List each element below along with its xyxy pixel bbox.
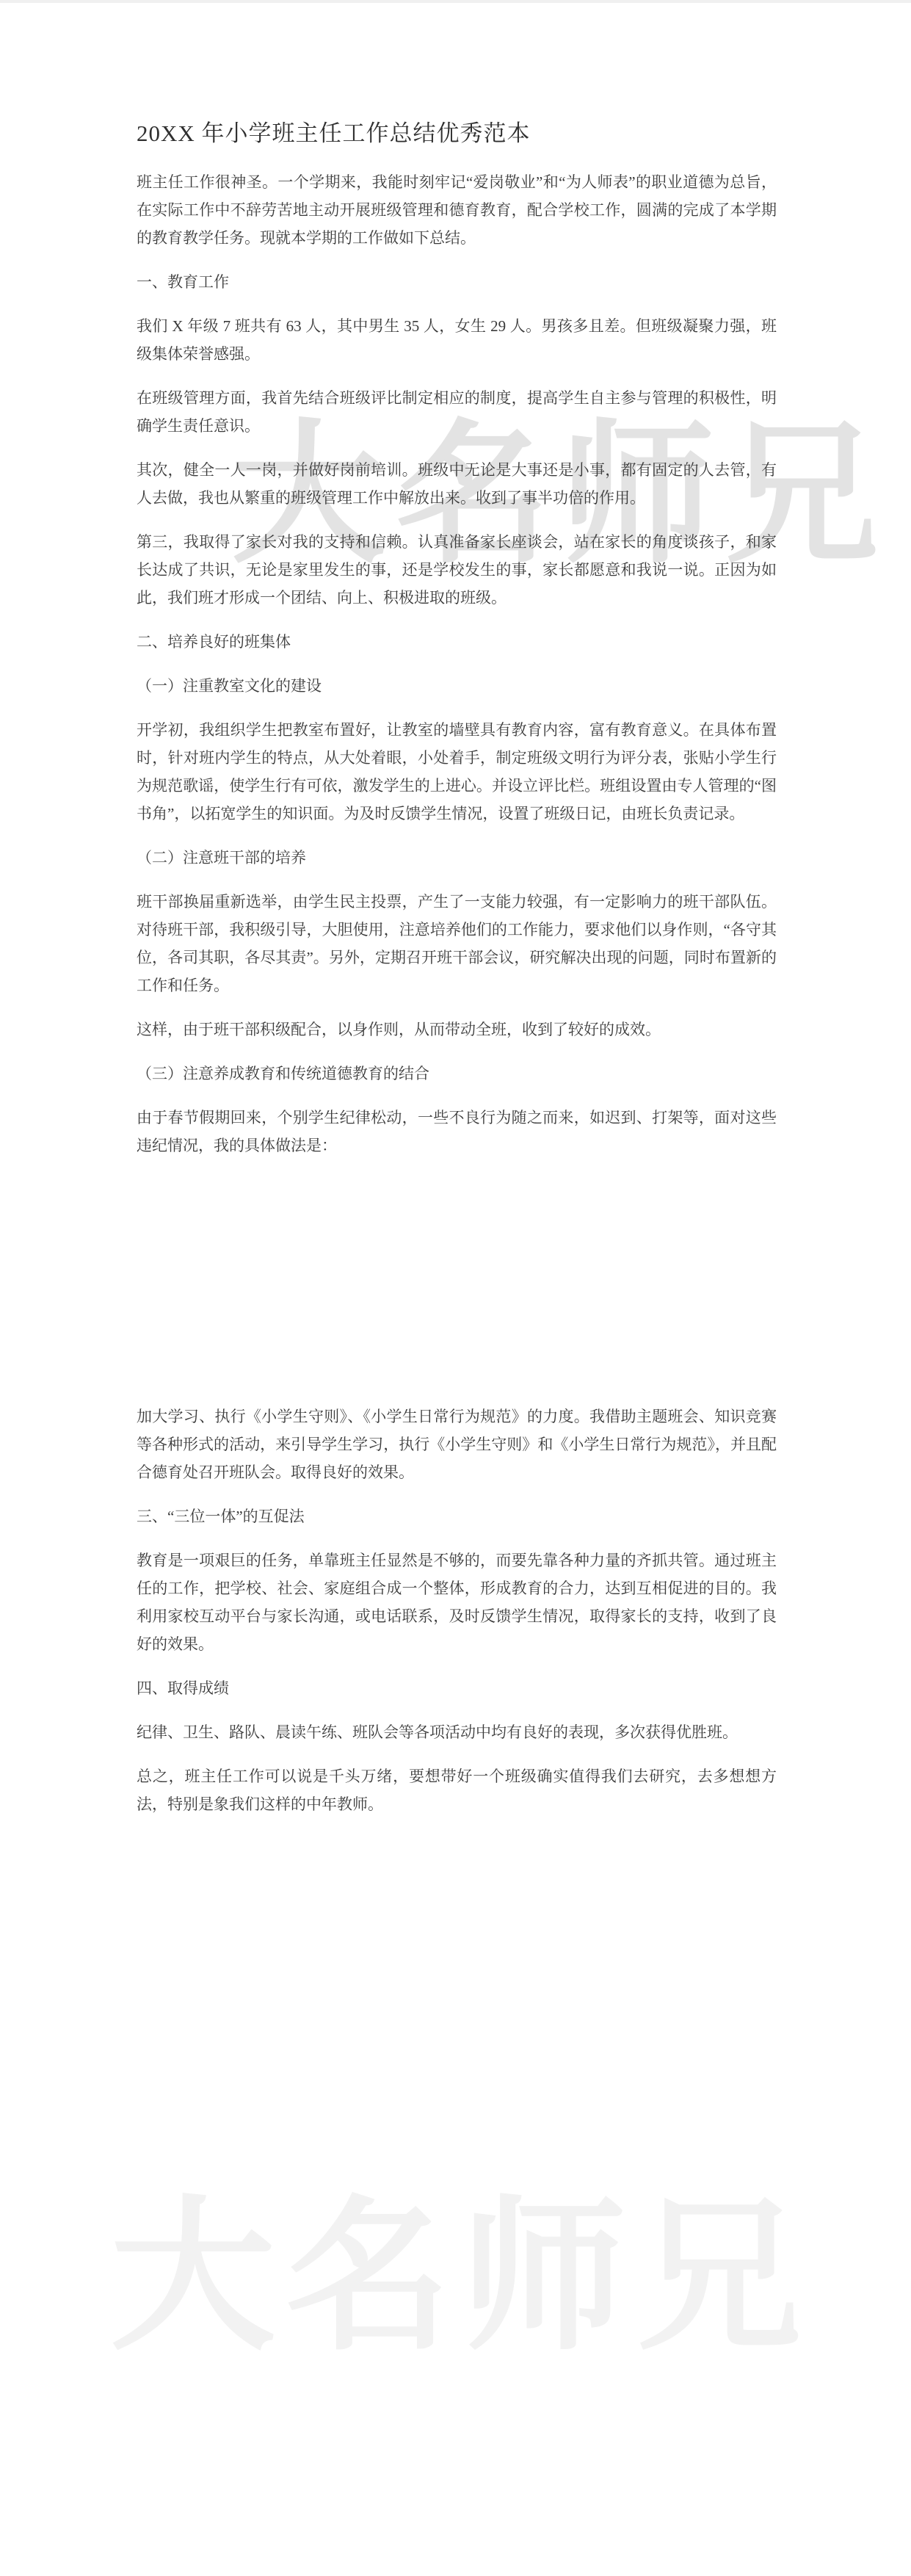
paragraph-class-management: 在班级管理方面，我首先结合班级评比制定相应的制度，提高学生自主参与管理的积极性，…	[137, 384, 777, 440]
paragraph-cadre-selection: 班干部换届重新选举，由学生民主投票，产生了一支能力较强，有一定影响力的班干部队伍…	[137, 888, 777, 999]
paragraph-trinity-method: 教育是一项艰巨的任务，单靠班主任显然是不够的，而要先靠各种力量的齐抓共管。通过班…	[137, 1546, 777, 1658]
paragraph-opening: 班主任工作很神圣。一个学期来，我能时刻牢记“爱岗敬业”和“为人师表”的职业道德为…	[137, 168, 777, 252]
subheading-cadre-training: （二）注意班干部的培养	[137, 844, 777, 872]
subheading-classroom-culture: （一）注重教室文化的建设	[137, 672, 777, 700]
paragraph-classroom-culture: 开学初，我组织学生把教室布置好，让教室的墙壁具有教育内容，富有教育意义。在具体布…	[137, 716, 777, 828]
document-page: 大名师兄 大名师兄 20XX 年小学班主任工作总结优秀范本 班主任工作很神圣。一…	[0, 0, 911, 2576]
document-title: 20XX 年小学班主任工作总结优秀范本	[137, 119, 777, 148]
paragraph-achievements: 纪律、卫生、路队、晨读午练、班队会等各项活动中均有良好的表现，多次获得优胜班。	[137, 1718, 777, 1746]
paragraph-cadre-results: 这样，由于班干部积级配合，以身作则，从而带动全班，收到了较好的成效。	[137, 1016, 777, 1043]
heading-achievements: 四、取得成绩	[137, 1674, 777, 1702]
paragraph-discipline-issues: 由于春节假期回来，个别学生纪律松动，一些不良行为随之而来，如迟到、打架等，面对这…	[137, 1104, 777, 1159]
paragraph-class-overview: 我们 X 年级 7 班共有 63 人，其中男生 35 人，女生 29 人。男孩多…	[137, 312, 777, 368]
blank-gap	[137, 1176, 777, 1403]
paragraph-conclusion: 总之，班主任工作可以说是千头万绪，要想带好一个班级确实值得我们去研究，去多想想方…	[137, 1762, 777, 1818]
paragraph-rules-learning: 加大学习、执行《小学生守则》、《小学生日常行为规范》的力度。我借助主题班会、知识…	[137, 1403, 777, 1486]
watermark-bottom: 大名师兄	[110, 2195, 812, 2360]
paragraph-parents-support: 第三，我取得了家长对我的支持和信赖。认真准备家长座谈会，站在家长的角度谈孩子，和…	[137, 528, 777, 612]
paragraph-one-person-one-post: 其次，健全一人一岗，并做好岗前培训。班级中无论是大事还是小事，都有固定的人去管，…	[137, 456, 777, 512]
heading-class-collective: 二、培养良好的班集体	[137, 628, 777, 656]
heading-trinity-method: 三、“三位一体”的互促法	[137, 1502, 777, 1530]
subheading-moral-education: （三）注意养成教育和传统道德教育的结合	[137, 1060, 777, 1088]
heading-education-work: 一、教育工作	[137, 268, 777, 296]
document-content: 20XX 年小学班主任工作总结优秀范本 班主任工作很神圣。一个学期来，我能时刻牢…	[137, 119, 777, 1834]
